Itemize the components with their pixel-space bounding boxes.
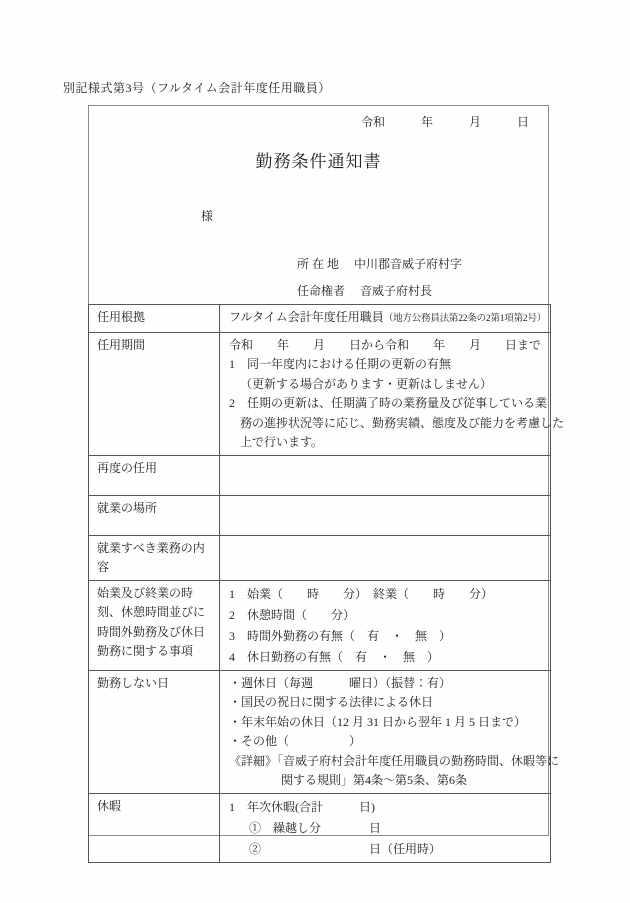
table-row-appointment-basis: 任用根拠 フルタイム会計年度任用職員（地方公務員法第22条の2第1項第2号） (89, 305, 551, 333)
document-page: 別記様式第3号（フルタイム会計年度任用職員） 令和 年 月 日 勤務条件通知書 … (0, 0, 630, 903)
content-line: 上で行います。 (229, 433, 546, 453)
table-row-non-working-days: 勤務しない日 ・週休日（毎週 曜日）（振替：有） ・国民の祝日に関する法律による… (89, 670, 551, 793)
appointer-label: 任命権者 (297, 278, 345, 305)
table-row-work-hours: 始業及び終業の時刻、休憩時間並びに時間外勤務及び休日勤務に関する事項 1 始業（… (89, 580, 551, 670)
location-label: 所 在 地 (297, 251, 339, 278)
content-line: 務の進捗状況等に応じ、勤務実績、態度及び能力を考慮した (229, 414, 546, 434)
content-line: 4 休日勤務の有無（ 有 ・ 無 ） (229, 647, 546, 668)
content-line: ・国民の祝日に関する法律による休日 (229, 693, 546, 713)
table-row-work-duties: 就業すべき業務の内容 (89, 535, 551, 580)
appointment-basis-main: フルタイム会計年度任用職員 (229, 310, 384, 324)
content-line: 1 同一年度内における任期の更新の有無 (229, 355, 546, 375)
issuer-block: 所 在 地中川郡音威子府村字 任命権者音威子府村長 (89, 251, 548, 305)
row-content-empty (220, 455, 551, 495)
row-label: 始業及び終業の時刻、休憩時間並びに時間外勤務及び休日勤務に関する事項 (89, 580, 220, 670)
content-line: ・その他（ ） (229, 732, 546, 752)
table-row-work-location: 就業の場所 (89, 495, 551, 535)
content-line: 令和 年 月 日から令和 年 月 日まで (229, 336, 546, 356)
row-content: フルタイム会計年度任用職員（地方公務員法第22条の2第1項第2号） (220, 305, 551, 333)
row-label: 勤務しない日 (89, 670, 220, 793)
table-row-leave: 休暇 1 年次休暇(合計 日) ① 繰越し分 日 ② 日（任用時） (89, 793, 551, 862)
document-header: 令和 年 月 日 勤務条件通知書 様 所 在 地中川郡音威子府村字 任命権者音威… (89, 106, 548, 304)
content-line: ① 繰越し分 日 (229, 818, 546, 839)
location-value: 中川郡音威子府村字 (354, 257, 462, 271)
row-content: ・週休日（毎週 曜日）（振替：有） ・国民の祝日に関する法律による休日 ・年末年… (220, 670, 551, 793)
row-label: 就業すべき業務の内容 (89, 535, 220, 580)
row-label: 任用期間 (89, 332, 220, 455)
content-line: （更新する場合があります・更新はしません） (229, 375, 546, 395)
appointment-basis-note: （地方公務員法第22条の2第1項第2号） (384, 314, 546, 324)
row-content: 令和 年 月 日から令和 年 月 日まで 1 同一年度内における任期の更新の有無… (220, 332, 551, 455)
form-style-label: 別記様式第3号（フルタイム会計年度任用職員） (63, 79, 331, 96)
content-line: ・週休日（毎週 曜日）（振替：有） (229, 674, 546, 694)
issuer-location-line: 所 在 地中川郡音威子府村字 (297, 251, 548, 278)
content-line: 3 時間外勤務の有無（ 有 ・ 無 ） (229, 626, 546, 647)
table-row-appointment-period: 任用期間 令和 年 月 日から令和 年 月 日まで 1 同一年度内における任期の… (89, 332, 551, 455)
addressee-suffix: 様 (89, 207, 548, 225)
content-line: 2 休憩時間（ 分） (229, 605, 546, 626)
row-content-empty (220, 495, 551, 535)
row-label: 就業の場所 (89, 495, 220, 535)
content-line: 1 年次休暇(合計 日) (229, 797, 546, 818)
document-title: 勤務条件通知書 (89, 149, 548, 175)
row-label: 任用根拠 (89, 305, 220, 333)
appointer-value: 音威子府村長 (360, 284, 432, 298)
row-content: 1 年次休暇(合計 日) ① 繰越し分 日 ② 日（任用時） (220, 793, 551, 862)
row-label: 再度の任用 (89, 455, 220, 495)
content-line: 《詳細》「音威子府村会計年度任用職員の勤務時間、休暇等に (229, 752, 546, 772)
row-content: 1 始業（ 時 分） 終業（ 時 分） 2 休憩時間（ 分） 3 時間外勤務の有… (220, 580, 551, 670)
content-line: ② 日（任用時） (229, 839, 546, 860)
row-content-empty (220, 535, 551, 580)
content-line: 関する規則」第4条〜第5条、第6条 (229, 771, 546, 791)
content-line: ・年末年始の休日（12 月 31 日から翌年 1 月 5 日まで） (229, 713, 546, 733)
conditions-table: 任用根拠 フルタイム会計年度任用職員（地方公務員法第22条の2第1項第2号） 任… (88, 304, 551, 863)
date-line: 令和 年 月 日 (89, 106, 548, 131)
table-row-reappointment: 再度の任用 (89, 455, 551, 495)
content-line: 1 始業（ 時 分） 終業（ 時 分） (229, 584, 546, 605)
issuer-appointer-line: 任命権者音威子府村長 (297, 278, 548, 305)
notice-document-box: 令和 年 月 日 勤務条件通知書 様 所 在 地中川郡音威子府村字 任命権者音威… (88, 105, 549, 836)
content-line: 2 任期の更新は、任期満了時の業務量及び従事している業 (229, 394, 546, 414)
row-label: 休暇 (89, 793, 220, 862)
